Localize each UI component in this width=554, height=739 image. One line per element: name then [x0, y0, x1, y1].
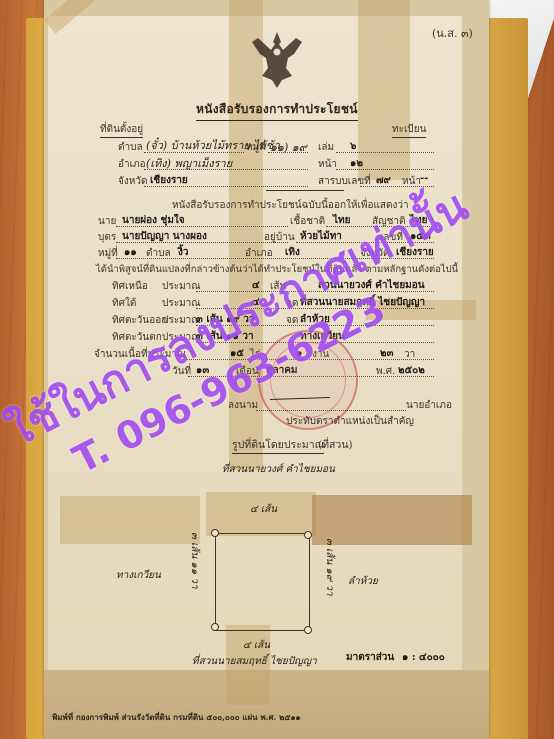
- boundary-marker-icon: [304, 626, 312, 634]
- dotted-line: [196, 325, 434, 326]
- direction: ทิศตะวันตก: [112, 330, 162, 345]
- signature-line: [256, 410, 406, 411]
- dotted-line: [360, 186, 434, 187]
- land-plot-sketch: [215, 533, 310, 631]
- scale-value: ๑ : ๔๐๐๐: [402, 650, 445, 665]
- name-label: นาย: [98, 214, 116, 229]
- volume-label: เล่ม: [318, 140, 334, 155]
- map-south-length: ๔ เส้น: [243, 638, 270, 653]
- rights-statement: ได้นำพิสูจน์ที่ดินแปลงที่กล่าวข้างต้นว่า…: [96, 262, 458, 277]
- map-east-length: ๓ เส้น ๑๙ วา: [322, 538, 337, 596]
- map-heading: รูปที่ดินโดยประมาณ: [232, 436, 324, 454]
- dotted-line: [196, 308, 434, 309]
- area-label: จำนวนเนื้อที่ประมาณ: [94, 347, 186, 362]
- approx-label: ประมาณ: [162, 313, 201, 328]
- scale-label: มาตราส่วน: [346, 650, 394, 665]
- tape-strip: [358, 0, 410, 180]
- dotted-line: [196, 291, 434, 292]
- direction: ทิศตะวันออก: [112, 313, 167, 328]
- boundary-marker-icon: [211, 529, 219, 537]
- moo-label: หมู่ที่: [246, 140, 266, 155]
- approx-label: ประมาณ: [162, 279, 201, 294]
- child-of-label: บุตร: [98, 230, 116, 245]
- sign-label: ลงนาม: [228, 398, 258, 413]
- amphoe-label: อำเภอ: [118, 157, 146, 172]
- form-code: (น.ส. ๓): [432, 24, 473, 42]
- map-heading-note: (ที่สวน): [318, 436, 353, 453]
- dotted-line: [116, 258, 434, 259]
- dotted-line: [326, 226, 434, 227]
- boundary-marker-icon: [211, 623, 219, 631]
- direction: ทิศใต้: [112, 296, 136, 311]
- approx-label: ประมาณ: [162, 330, 201, 345]
- map-east-label: ลำห้วย: [348, 574, 378, 589]
- dotted-line: [116, 242, 288, 243]
- race-label: เชื้อชาติ: [290, 214, 325, 229]
- dotted-line: [268, 152, 308, 153]
- document-title: หนังสือรับรองการทำประโยชน์: [196, 100, 358, 121]
- direction: ทิศเหนือ: [112, 279, 148, 294]
- owner-moo-label: หมู่ที่: [98, 246, 118, 261]
- moo-value: ๑๑) ๑๙: [270, 138, 307, 156]
- garuda-emblem-icon: [248, 28, 306, 90]
- map-south-owner: ที่สวนนายสมฤทธิ์ ไชยปัญญา: [192, 654, 317, 669]
- boundary-marker-icon: [304, 531, 312, 539]
- location-heading: ที่ดินตั้งอยู่: [100, 122, 143, 138]
- certificate-statement: หนังสือรับรองการทำประโยชน์ฉบับนี้ออกให้เ…: [172, 198, 409, 213]
- registry-heading: ทะเบียน: [392, 122, 426, 138]
- page-label: หน้า: [318, 157, 337, 172]
- map-north-length: ๔ เส้น: [250, 502, 277, 517]
- printer-footer: พิมพ์ที่ กองการพิมพ์ ส่วนรังวัดที่ดิน กร…: [52, 711, 301, 724]
- tape-strip: [60, 496, 200, 544]
- sarabap-page-value: --: [420, 173, 428, 184]
- tambon-label: ตำบล: [118, 140, 143, 155]
- dotted-line: [144, 169, 308, 170]
- dotted-line: [116, 226, 288, 227]
- map-west-length: ๓ เส้น ๑๑ วา: [187, 532, 202, 589]
- dotted-line: [144, 186, 308, 187]
- map-west-label: ทางเกวียน: [116, 568, 161, 583]
- section-divider: [266, 190, 344, 191]
- map-north-owner: ที่สวนนายวงศ์ คำไชยมอน: [222, 462, 335, 477]
- dotted-line: [336, 152, 434, 153]
- signer-title: นายอำเภอ: [406, 398, 452, 413]
- village-label: อยู่บ้าน: [264, 230, 295, 245]
- dotted-line: [296, 242, 434, 243]
- approx-label: ประมาณ: [162, 296, 201, 311]
- seal-note: ประทับตราตำแหน่งเป็นสำคัญ: [286, 414, 414, 429]
- dotted-line: [336, 169, 434, 170]
- dotted-line: [144, 152, 244, 153]
